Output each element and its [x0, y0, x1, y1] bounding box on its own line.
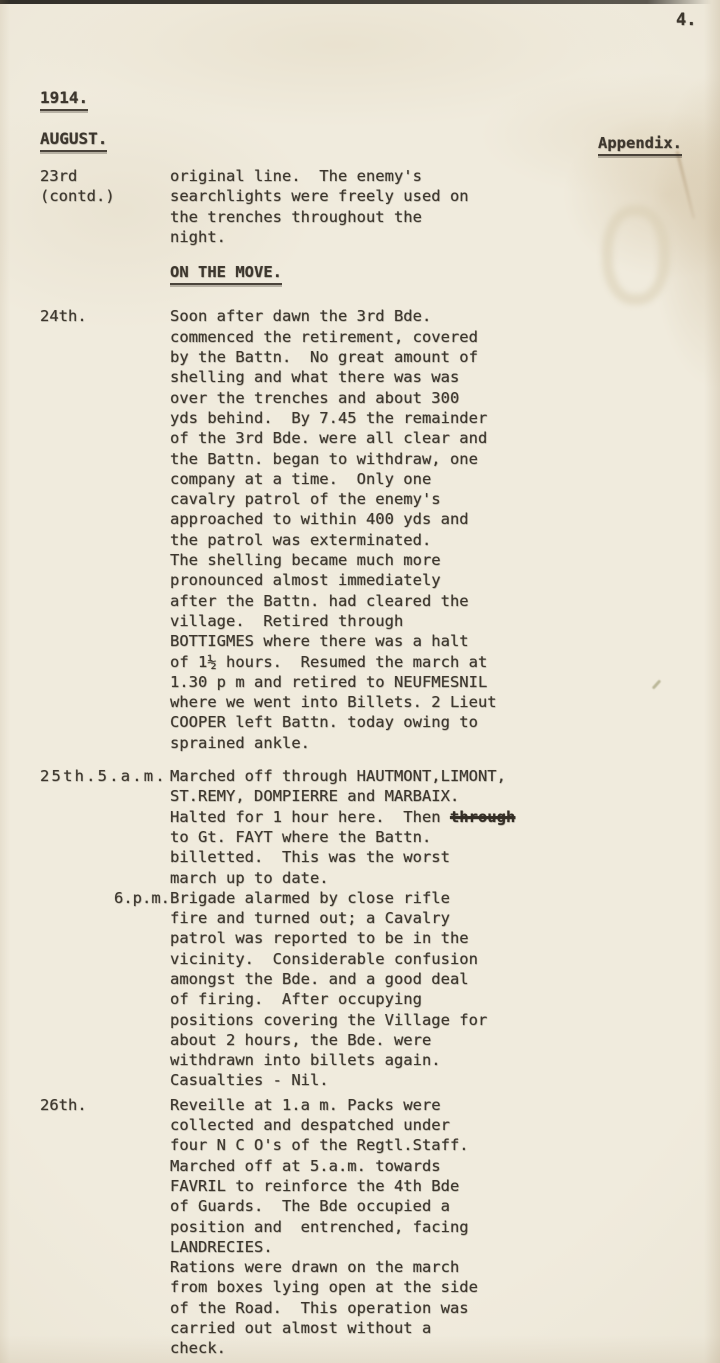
- entry-line: of Guards. The Bde occupied a: [170, 1196, 720, 1216]
- entry-date: 25th.5.a.m.: [40, 766, 167, 786]
- entry-line: Marched off through HAUTMONT,LIMONT,: [170, 766, 720, 786]
- month-heading-text: AUGUST.: [40, 129, 107, 152]
- entry-line: carried out almost without a: [170, 1318, 720, 1338]
- entry-date: 24th.: [40, 306, 87, 326]
- entry-line: march up to date.: [170, 868, 720, 888]
- entry-line: shelling and what there was was: [170, 367, 720, 387]
- year-heading-text: 1914.: [40, 88, 88, 111]
- entry-date: 26th.: [40, 1095, 87, 1115]
- entry-line: Reveille at 1.a m. Packs were: [170, 1095, 720, 1115]
- entry-line: ST.REMY, DOMPIERRE and MARBAIX.: [170, 786, 720, 806]
- page-number: 4.: [676, 10, 696, 30]
- entry-line: of the 3rd Bde. were all clear and: [170, 428, 720, 448]
- diary-entry-row: 25th.5.a.m.Marched off through HAUTMONT,…: [0, 766, 720, 888]
- entry-line: night.: [170, 227, 720, 247]
- scan-top-edge: [0, 0, 719, 4]
- struck-through-word: through: [450, 808, 515, 826]
- diary-entries: 23rd (contd.)original line. The enemy'ss…: [0, 166, 720, 1359]
- entry-line: Marched off at 5.a.m. towards: [170, 1156, 720, 1176]
- entry-line: The shelling became much more: [170, 550, 720, 570]
- entry-line: original line. The enemy's: [170, 166, 720, 186]
- entry-line: BOTTIGMES where there was a halt: [170, 631, 720, 651]
- diary-entry-row: 23rd (contd.)original line. The enemy'ss…: [0, 166, 720, 247]
- entry-line: fire and turned out; a Cavalry: [170, 908, 720, 928]
- entry-body: Brigade alarmed by close riflefire and t…: [170, 888, 720, 1091]
- entry-line: FAVRIL to reinforce the 4th Bde: [170, 1176, 720, 1196]
- month-heading: AUGUST.: [40, 129, 107, 152]
- entry-line: from boxes lying open at the side: [170, 1277, 720, 1297]
- year-heading: 1914.: [40, 88, 88, 111]
- section-heading-text: ON THE MOVE.: [170, 262, 282, 285]
- entry-body: original line. The enemy'ssearchlights w…: [170, 166, 720, 247]
- entry-line: COOPER left Battn. today owing to: [170, 712, 720, 732]
- entry-line: vicinity. Considerable confusion: [170, 949, 720, 969]
- entry-line: yds behind. By 7.45 the remainder: [170, 408, 720, 428]
- entry-line: the Battn. began to withdraw, one: [170, 449, 720, 469]
- entry-line: patrol was reported to be in the: [170, 928, 720, 948]
- entry-line: Soon after dawn the 3rd Bde.: [170, 306, 720, 326]
- entry-line: to Gt. FAYT where the Battn.: [170, 827, 720, 847]
- diary-entry-row: 24th.Soon after dawn the 3rd Bde.commenc…: [0, 306, 720, 753]
- entry-line: about 2 hours, the Bde. were: [170, 1030, 720, 1050]
- entry-line: of the Road. This operation was: [170, 1298, 720, 1318]
- entry-body: Marched off through HAUTMONT,LIMONT,ST.R…: [170, 766, 720, 888]
- entry-line: company at a time. Only one: [170, 469, 720, 489]
- entry-line: commenced the retirement, covered: [170, 327, 720, 347]
- diary-entry-row: 26th.Reveille at 1.a m. Packs werecollec…: [0, 1095, 720, 1359]
- entry-line: sprained ankle.: [170, 733, 720, 753]
- entry-line: approached to within 400 yds and: [170, 509, 720, 529]
- entry-line: amongst the Bde. and a good deal: [170, 969, 720, 989]
- entry-line: where we went into Billets. 2 Lieut: [170, 692, 720, 712]
- entry-line: Rations were drawn on the march: [170, 1257, 720, 1277]
- entry-line: village. Retired through: [170, 611, 720, 631]
- entry-body: Reveille at 1.a m. Packs werecollected a…: [170, 1095, 720, 1359]
- entry-line: Brigade alarmed by close rifle: [170, 888, 720, 908]
- entry-line: positions covering the Village for: [170, 1010, 720, 1030]
- entry-line: the trenches throughout the: [170, 207, 720, 227]
- diary-entry-row: 6.p.m.Brigade alarmed by close riflefire…: [0, 888, 720, 1091]
- entry-line: of 1½ hours. Resumed the march at: [170, 652, 720, 672]
- entry-date: 23rd (contd.): [40, 166, 115, 207]
- section-heading: ON THE MOVE.: [170, 262, 720, 285]
- entry-line: cavalry patrol of the enemy's: [170, 489, 720, 509]
- appendix-heading: Appendix.: [598, 133, 682, 156]
- entry-line: withdrawn into billets again.: [170, 1050, 720, 1070]
- entry-line: 1.30 p m and retired to NEUFMESNIL: [170, 672, 720, 692]
- entry-line: of firing. After occupying: [170, 989, 720, 1009]
- entry-line: collected and despatched under: [170, 1115, 720, 1135]
- entry-line: four N C O's of the Regtl.Staff.: [170, 1135, 720, 1155]
- entry-line: pronounced almost immediately: [170, 570, 720, 590]
- entry-line: position and entrenched, facing: [170, 1217, 720, 1237]
- appendix-heading-text: Appendix.: [598, 133, 682, 156]
- entry-line: the patrol was exterminated.: [170, 530, 720, 550]
- entry-line: after the Battn. had cleared the: [170, 591, 720, 611]
- entry-line: LANDRECIES.: [170, 1237, 720, 1257]
- entry-line: searchlights were freely used on: [170, 186, 720, 206]
- entry-line: check.: [170, 1338, 720, 1358]
- entry-line: by the Battn. No great amount of: [170, 347, 720, 367]
- scanned-war-diary-page: { "page": { "number": "4.", "year": "191…: [0, 0, 720, 1363]
- entry-line: billetted. This was the worst: [170, 847, 720, 867]
- entry-line: Halted for 1 hour here. Then through: [170, 807, 720, 827]
- entry-date: 6.p.m.: [114, 888, 170, 908]
- entry-line: over the trenches and about 300: [170, 388, 720, 408]
- entry-line: Casualties - Nil.: [170, 1070, 720, 1090]
- entry-body: Soon after dawn the 3rd Bde.commenced th…: [170, 306, 720, 753]
